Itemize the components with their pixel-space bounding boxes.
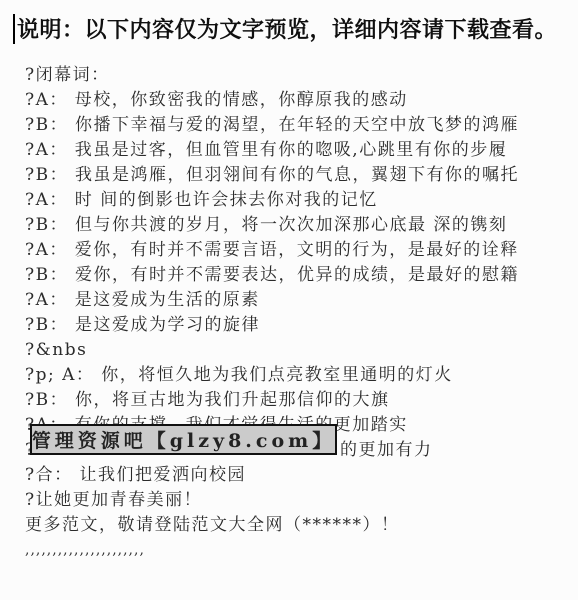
text-line: ?A： 母校，你致密我的情感，你醇原我的感动 bbox=[25, 88, 570, 113]
text-line: ?B： 是这爱成为学习的旋律 bbox=[25, 313, 570, 338]
preview-notice-text: 说明：以下内容仅为文字预览，详细内容请下载查看。 bbox=[17, 13, 557, 44]
text-caret bbox=[13, 14, 15, 44]
text-line: ?A： 时 间的倒影也许会抹去你对我的记忆 bbox=[25, 188, 570, 213]
watermark-text: 管理资源吧【glzy8.com】 bbox=[32, 426, 336, 453]
text-line: ?p; A： 你，将恒久地为我们点亮教室里通明的灯火 bbox=[25, 363, 570, 388]
covered-line-suffix: 的更加有力 bbox=[340, 438, 433, 463]
preview-notice: 说明：以下内容仅为文字预览，详细内容请下载查看。 bbox=[13, 13, 557, 44]
text-line: ?A： 是这爱成为生活的原素 bbox=[25, 288, 570, 313]
text-line: ?A： 我虽是过客，但血管里有你的唿吸,心跳里有你的步履 bbox=[25, 138, 570, 163]
text-line: ?B： 你，将亘古地为我们升起那信仰的大旗 bbox=[25, 388, 570, 413]
text-line: 更多范文，敬请登陆范文大全网（******）！ bbox=[25, 513, 570, 538]
document-preview-page: 说明：以下内容仅为文字预览，详细内容请下载查看。 ?闭幕词： ?A： 母校，你致… bbox=[0, 0, 578, 600]
text-line: ?B： 我虽是鸿雁，但羽翎间有你的气息，翼翅下有你的嘱托 bbox=[25, 163, 570, 188]
text-line: ?B： 但与你共渡的岁月，将一次次加深那心底最 深的镌刻 bbox=[25, 213, 570, 238]
text-line: ?合： 让我们把爱洒向校园 bbox=[25, 463, 570, 488]
text-line: ?A： 爱你，有时并不需要言语，文明的行为，是最好的诠释 bbox=[25, 238, 570, 263]
text-line: ?B： 你播下幸福与爱的渴望，在年轻的天空中放飞梦的鸿雁 bbox=[25, 113, 570, 138]
watermark-box: 管理资源吧【glzy8.com】 bbox=[30, 424, 337, 455]
text-line: ?闭幕词： bbox=[25, 63, 570, 88]
text-line: ?让她更加青春美丽！ bbox=[25, 488, 570, 513]
dots-row: ,,,,,,,,,,,,,,,,,,,,,, bbox=[25, 538, 570, 563]
text-line: ?&nbs bbox=[25, 338, 570, 363]
text-line: ?B： 爱你，有时并不需要表达，优异的成绩，是最好的慰籍 bbox=[25, 263, 570, 288]
document-body: ?闭幕词： ?A： 母校，你致密我的情感，你醇原我的感动 ?B： 你播下幸福与爱… bbox=[25, 63, 570, 563]
